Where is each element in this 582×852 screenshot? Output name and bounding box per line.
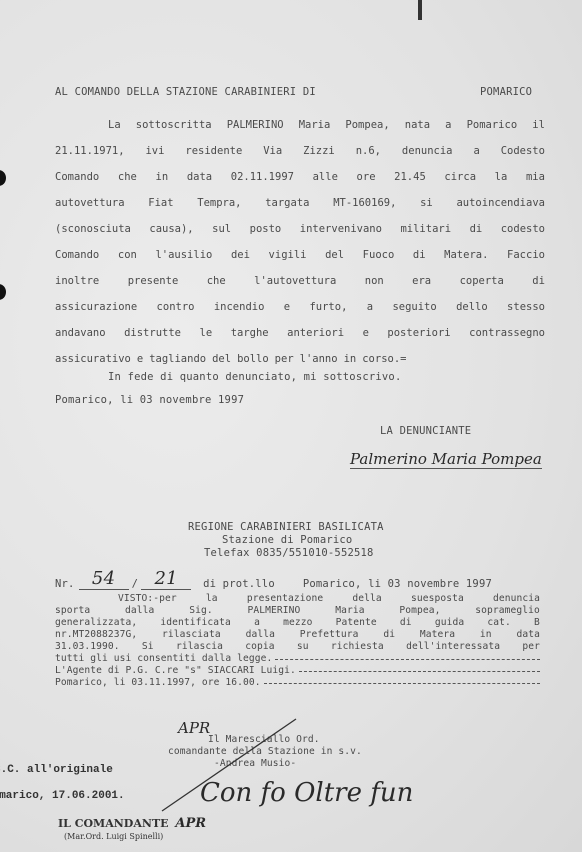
scan-mark (418, 0, 422, 20)
closing-line: In fede di quanto denunciato, mi sottosc… (108, 371, 401, 383)
complainant-signature: Palmerino Maria Pompea (350, 450, 542, 469)
stamp-initials: APR (175, 816, 206, 831)
signer-label: LA DENUNCIANTE (380, 425, 471, 437)
visto-line: Pomarico, li 03.11.1997, ore 16.00. (55, 677, 540, 688)
complaint-line: andavanodistrutteletargheanteriorieposte… (55, 327, 545, 339)
visto-line: tutti gli usi consentiti dalla legge. (55, 653, 540, 664)
station-region: REGIONE CARABINIERI BASILICATA (188, 521, 384, 533)
station-telefax: Telefax 0835/551010-552518 (204, 547, 374, 559)
protocol-sub: 21 (141, 568, 191, 590)
station-name: Stazione di Pomarico (222, 534, 352, 546)
visto-line: L'Agente di P.G. C.re "s" SIACCARI Luigi… (55, 665, 540, 676)
punch-hole (0, 170, 6, 186)
visto-line: 31.03.1990.Sirilasciacopiasurichiestadel… (55, 641, 540, 652)
visto-line: generalizzata,identificataamezzoPatented… (55, 617, 540, 628)
complaint-line: autovetturaFiatTempra,targataMT-160169,s… (55, 197, 545, 209)
protocol-label: di prot.llo (203, 578, 275, 590)
visto-line: VISTO:-perlapresentazionedellasuespostad… (118, 593, 540, 604)
conformity-note: C.C. all'originale (0, 764, 113, 776)
protocol-line: Nr. 54 / 21 di prot.llo Pomarico, li 03 … (55, 568, 492, 590)
visto-line: nr.MT2088237G,rilasciatadallaPrefetturad… (55, 629, 540, 640)
visto-line: sportadallaSig.PALMERINOMariaPompea,sopr… (55, 605, 540, 616)
complaint-line: (sconosciutacausa),sulpostointervenivano… (55, 223, 545, 235)
addressee: AL COMANDO DELLA STAZIONE CARABINIERI DI (55, 86, 316, 98)
punch-hole (0, 284, 6, 300)
nr-label: Nr. (55, 578, 75, 590)
protocol-number: 54 (79, 568, 129, 590)
certification-date: Pomarico, 17.06.2001. (0, 790, 125, 802)
complaint-line: 21.11.1971,iviresidenteViaZizzin.6,denun… (55, 145, 545, 157)
complaint-date: Pomarico, li 03 novembre 1997 (55, 394, 244, 406)
signature-stroke (160, 715, 300, 815)
complaint-line: assicurativoetagliandodelbolloperl'annoi… (55, 353, 545, 365)
protocol-date: Pomarico, li 03 novembre 1997 (303, 578, 492, 590)
complaint-line: Comandoconl'ausiliodeivigilidelFuocodiMa… (55, 249, 545, 261)
complaint-line: Comandocheindata02.11.1997alleore21.45ci… (55, 171, 545, 183)
commander-stamp-name: (Mar.Ord. Luigi Spinelli) (64, 832, 163, 841)
complaint-line: inoltrepresentechel'autovetturanoneracop… (55, 275, 545, 287)
addressee-place: POMARICO (480, 86, 532, 98)
commander-stamp-label: IL COMANDANTE APR (58, 816, 206, 831)
complaint-line: LasottoscrittaPALMERINOMariaPompea,nataa… (108, 119, 545, 131)
complaint-line: assicurazionecontroincendioefurto,asegui… (55, 301, 545, 313)
